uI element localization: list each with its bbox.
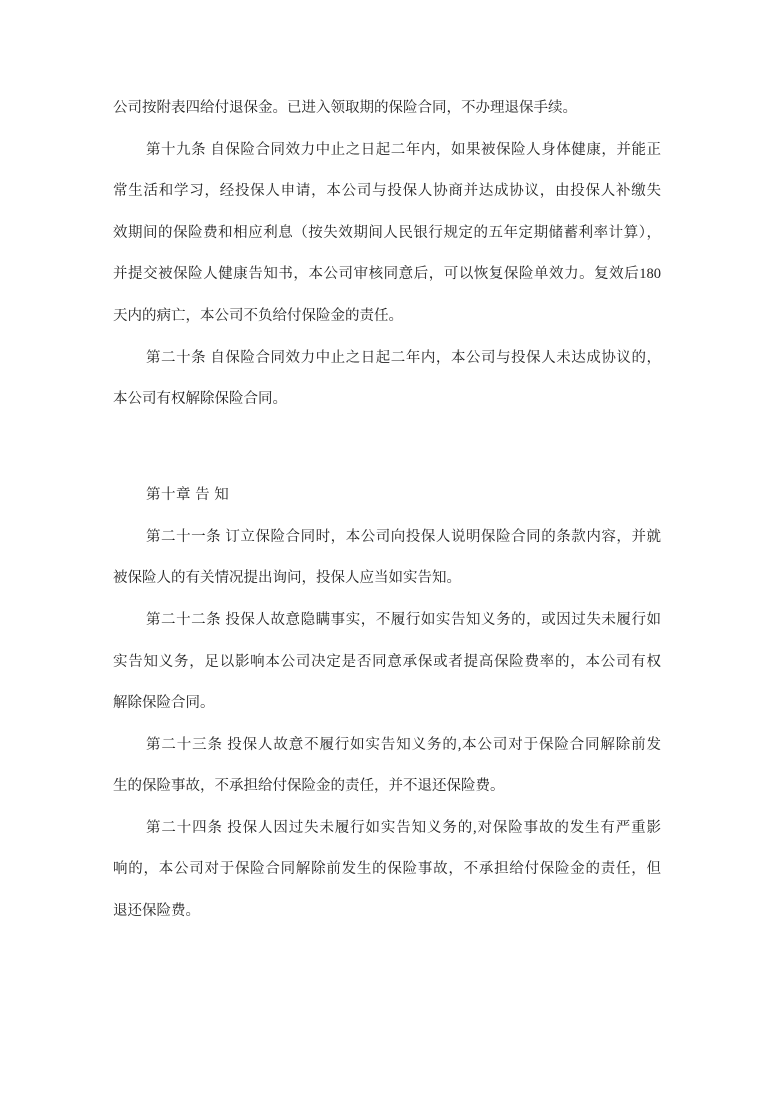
text-line: 并提交被保险人健康告知书，本公司审核同意后，可以恢复保险单效力。复效后180 [113,254,661,296]
document-page: 公司按附表四给付退保金。已进入领取期的保险合同，不办理退保手续。 第十九条 自保… [0,0,774,1095]
text-line: 天内的病亡，本公司不负给付保险金的责任。 [113,296,661,338]
text-line: 解除保险合同。 [113,683,661,725]
text-line-article-24: 第二十四条 投保人因过失未履行如实告知义务的,对保险事故的发生有严重影 [113,808,661,850]
text-line: 本公司有权解除保险合同。 [113,379,661,421]
text-line: 效期间的保险费和相应利息（按失效期间人民银行规定的五年定期储蓄利率计算）， [113,213,661,255]
section-gap [113,421,661,475]
text-line: 被保险人的有关情况提出询问，投保人应当如实告知。 [113,558,661,600]
text-line-article-22: 第二十二条 投保人故意隐瞒事实，不履行如实告知义务的，或因过失未履行如 [113,600,661,642]
text-line: 公司按附表四给付退保金。已进入领取期的保险合同，不办理退保手续。 [113,88,661,130]
text-line: 实告知义务，足以影响本公司决定是否同意承保或者提高保险费率的，本公司有权 [113,642,661,684]
text-line: 响的，本公司对于保险合同解除前发生的保险事故，不承担给付保险金的责任，但 [113,849,661,891]
text-line-article-20: 第二十条 自保险合同效力中止之日起二年内，本公司与投保人未达成协议的， [113,338,661,380]
contract-text-block: 公司按附表四给付退保金。已进入领取期的保险合同，不办理退保手续。 第十九条 自保… [113,88,661,933]
text-line-article-19: 第十九条 自保险合同效力中止之日起二年内，如果被保险人身体健康，并能正 [113,130,661,172]
text-line-article-23: 第二十三条 投保人故意不履行如实告知义务的,本公司对于保险合同解除前发 [113,725,661,767]
text-line: 常生活和学习，经投保人申请，本公司与投保人协商并达成协议，由投保人补缴失 [113,171,661,213]
chapter-10-heading: 第十章 告 知 [113,475,661,517]
text-line: 退还保险费。 [113,891,661,933]
text-line: 生的保险事故，不承担给付保险金的责任，并不退还保险费。 [113,766,661,808]
text-line-article-21: 第二十一条 订立保险合同时，本公司向投保人说明保险合同的条款内容，并就 [113,517,661,559]
